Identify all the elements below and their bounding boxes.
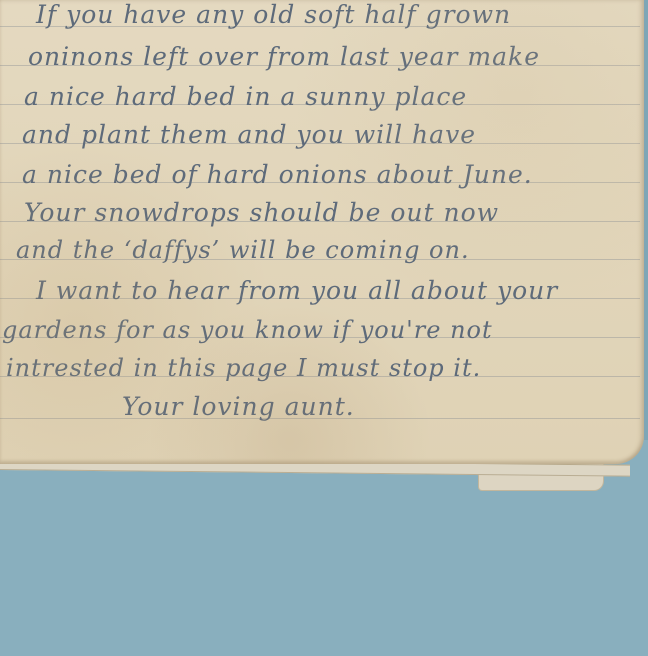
handwritten-line-6: Your snowdrops should be out now	[24, 198, 499, 227]
handwritten-line-10: intrested in this page I must stop it.	[6, 354, 481, 382]
handwritten-line-4: and plant them and you will have	[22, 120, 476, 149]
handwritten-line-3: a nice hard bed in a sunny place	[24, 82, 467, 111]
handwritten-line-9: gardens for as you know if you're not	[2, 316, 493, 344]
handwritten-line-7: and the ‘daffys’ will be coming on.	[16, 236, 470, 264]
handwritten-line-1: If you have any old soft half grown	[36, 0, 511, 29]
scanned-notebook-page: If you have any old soft half grown onin…	[0, 0, 648, 656]
handwritten-line-2: oninons left over from last year make	[28, 42, 540, 71]
paper-page: If you have any old soft half grown onin…	[0, 0, 644, 464]
handwritten-line-8: I want to hear from you all about your	[36, 276, 558, 305]
handwritten-line-5: a nice bed of hard onions about June.	[22, 160, 533, 189]
background-edge	[644, 0, 648, 440]
signature-line: Your loving aunt.	[122, 392, 355, 421]
